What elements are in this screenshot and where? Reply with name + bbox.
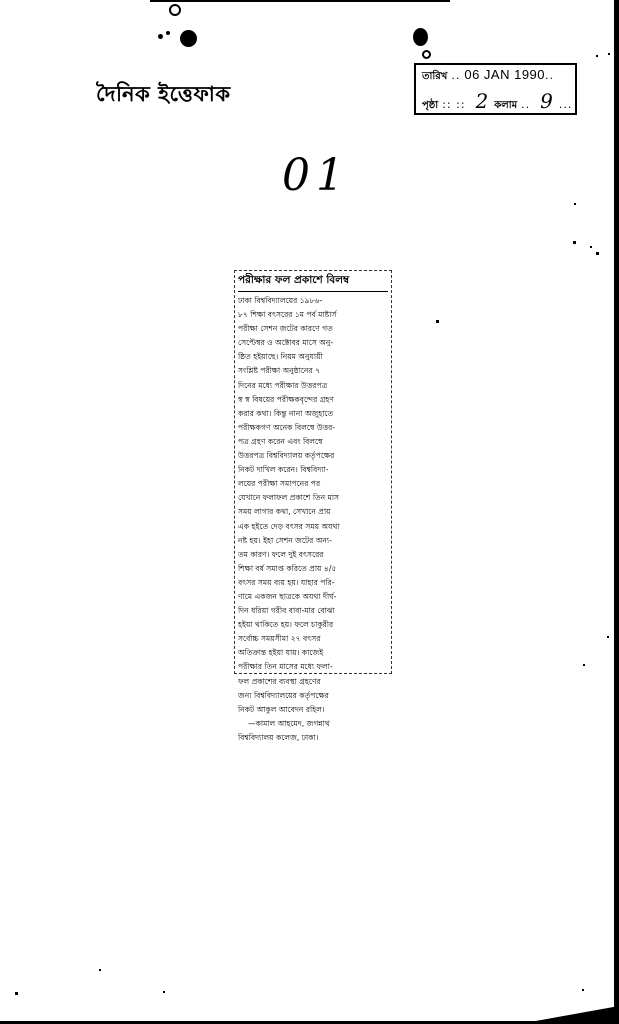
stamp-dots: ..	[521, 98, 530, 111]
article-title: পরীক্ষার ফল প্রকাশে বিলম্ব	[238, 273, 388, 292]
article-body: ঢাকা বিশ্ববিদ্যালয়ের ১৯৮৬-৮৭ শিক্ষা বৎস…	[238, 294, 388, 717]
article-line: লয়ের পরীক্ষা সমাপনের পর	[238, 477, 388, 491]
newspaper-clipping: পরীক্ষার ফল প্রকাশে বিলম্ব ঢাকা বিশ্ববিদ…	[234, 270, 392, 674]
article-line: শিক্ষা বর্ষ সমাপ্ত করিতে প্রায় ৪/৫	[238, 562, 388, 576]
scan-edge-right	[614, 0, 619, 1024]
stamp-dots: :: ::	[442, 98, 465, 111]
scan-speck	[15, 992, 18, 995]
article-line: হইয়া থাকিতে হয়। ফলে চাকুরীর	[238, 618, 388, 632]
article-line: নিকট দাখিল করেন। বিশ্ববিদ্যা-	[238, 463, 388, 477]
article-signature: —কামাল আহমেদ, জগন্নাথবিশ্ববিদ্যালয় কলেজ…	[238, 717, 388, 745]
article-line: ঢাকা বিশ্ববিদ্যালয়ের ১৯৮৬-	[238, 294, 388, 308]
scanned-page: দৈনিক ইত্তেফাক তারিখ .. 06 JAN 1990 .. প…	[0, 0, 619, 1024]
article-line: সময় লাগার কথা, সেখানে প্রায়	[238, 505, 388, 519]
scan-speck	[582, 989, 584, 991]
article-line: ণামে একজন ছাত্রকে অযথা দীর্ঘ-	[238, 590, 388, 604]
stamp-page-row: পৃষ্ঠা :: :: 2 কলাম .. 9 ...	[422, 89, 569, 111]
stamp-column-label: কলাম	[494, 98, 517, 115]
article-line: পরীক্ষা সেশন জটের কারণে গত	[238, 322, 388, 336]
article-line: সেপ্টেম্বর ও অক্টোবর মাসে অনু-	[238, 336, 388, 350]
stamp-column-value: 9	[540, 89, 553, 113]
scan-speck	[590, 246, 592, 248]
stamp-dots: ..	[545, 69, 554, 82]
article-line: নিকট আকুল আবেদন রহিল।	[238, 703, 388, 717]
article-line: অতিক্রান্ত হইয়া যায়। কাজেই	[238, 646, 388, 660]
article-line: করার কথা। কিন্তু নানা অজুহাতে	[238, 407, 388, 421]
scan-speck	[163, 991, 165, 993]
article-line: তম কারণ। ফলে দুই বৎসরের	[238, 548, 388, 562]
punch-hole-ring	[422, 50, 431, 59]
punch-hole	[413, 28, 428, 46]
handwritten-page-number: 01	[282, 150, 350, 201]
article-line: যেখানে ফলাফল প্রকাশে তিন মাস	[238, 491, 388, 505]
signature-line: বিশ্ববিদ্যালয় কলেজ, ঢাকা।	[238, 731, 388, 745]
article-line: ষ্ঠিত হইয়াছে। নিয়ম অনুযায়ী	[238, 350, 388, 364]
newspaper-name: দৈনিক ইত্তেফাক	[96, 78, 231, 113]
scan-speck	[574, 203, 576, 205]
article-line: নষ্ট হয়। ইহা সেশন জটের অন্য-	[238, 534, 388, 548]
scan-speck	[596, 252, 599, 255]
scan-speck	[607, 636, 609, 638]
article-line: দিনের মধ্যে পরীক্ষার উত্তরপত্র	[238, 379, 388, 393]
stamp-date-value: 06 JAN 1990	[464, 67, 545, 82]
article-line: সর্বোচ্চ সময়সীমা ২৭ বৎসর	[238, 632, 388, 646]
scan-speck	[608, 53, 610, 55]
ink-blot	[166, 31, 170, 35]
scan-speck	[583, 664, 585, 666]
article-line: জন্য বিশ্ববিদ্যালয়ের কর্তৃপক্ষের	[238, 689, 388, 703]
scan-speck	[436, 320, 439, 323]
stamp-date-label: তারিখ	[422, 69, 447, 86]
article-line: সংশ্লিষ্ট পরীক্ষা অনুষ্ঠানের ৭	[238, 364, 388, 378]
stamp-dots: ..	[451, 69, 460, 82]
article-line: স্ব স্ব বিষয়ের পরীক্ষকবৃন্দের গ্রহণ	[238, 393, 388, 407]
article-line: বৎসর সময় ব্যয় হয়। যাহার পরি-	[238, 576, 388, 590]
stamp-page-label: পৃষ্ঠা	[422, 98, 438, 115]
article-line: পরীক্ষকগণ অনেক বিলম্বে উত্তর-	[238, 421, 388, 435]
article-line: ফল প্রকাশের ব্যবস্থা গ্রহণের	[238, 675, 388, 689]
stamp-page-value: 2	[476, 89, 489, 113]
punch-hole	[180, 30, 197, 47]
punch-hole-ring	[169, 4, 181, 16]
article-line: এক হইতে দেড় বৎসর সময় অযথা	[238, 520, 388, 534]
signature-line: —কামাল আহমেদ, জগন্নাথ	[238, 717, 388, 731]
scan-speck	[573, 241, 576, 244]
stamp-date-row: তারিখ .. 06 JAN 1990 ..	[422, 67, 569, 89]
date-stamp: তারিখ .. 06 JAN 1990 .. পৃষ্ঠা :: :: 2 ক…	[414, 63, 577, 115]
scan-speck	[596, 55, 598, 57]
stamp-dots: ...	[559, 98, 573, 111]
article-line: পত্র গ্রহণ করেন এবং বিলম্বে	[238, 435, 388, 449]
article-line: ৮৭ শিক্ষা বৎসরের ১ম পর্ব মাষ্টার্স	[238, 308, 388, 322]
article-line: উত্তরপত্র বিশ্ববিদ্যালয় কর্তৃপক্ষের	[238, 449, 388, 463]
scan-edge-top	[150, 0, 450, 2]
scan-speck	[99, 969, 101, 971]
article-line: পরীক্ষার তিন মাসের মধ্যে ফলা-	[238, 660, 388, 674]
article-line: দিন ধরিয়া গরীব বাবা-মার বোঝা	[238, 604, 388, 618]
ink-blot	[158, 34, 163, 39]
